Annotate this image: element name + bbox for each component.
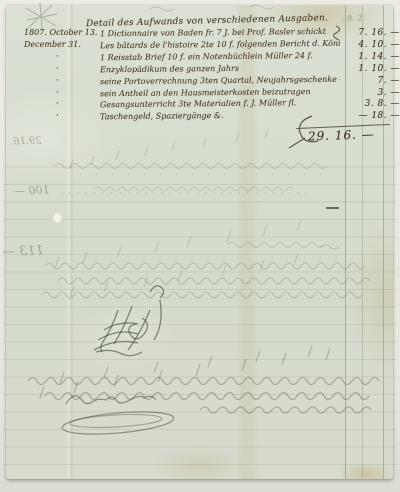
entry-ditto-mark: · — [24, 99, 100, 109]
entry-amount: 1. 14. — — [338, 52, 400, 62]
bleedthrough-number: 113 — — [2, 243, 44, 259]
entry-amount: 7. — — [338, 76, 400, 86]
entry-amount: 3. — — [338, 88, 400, 98]
bleedthrough-number: 29.16. — [10, 135, 42, 147]
entry-description: Taschengeld, Spaziergänge &. — [100, 110, 340, 122]
entry-description: 1 Reisstab Brief 10 f. ein Notenbüchlein… — [100, 51, 340, 63]
entry-ditto-mark: · — [24, 76, 100, 86]
entry-description: sein Antheil an den Hausmeisterkosten be… — [100, 87, 340, 99]
entry-amount: 1. 10. — — [338, 64, 400, 74]
entry-description: Gesangsunterricht 3te Materialien f. J. … — [100, 98, 340, 110]
entry-amount: 3. 8. — — [338, 99, 400, 109]
entry-ditto-mark: · — [24, 111, 100, 121]
entry-date: 1807. October 13. — [24, 28, 100, 37]
total-amount: 29. 16. — — [308, 127, 392, 144]
entry-date: December 31. — [24, 40, 100, 49]
entry-description: Les bâtards de l'histoire 2te 10 f. folg… — [100, 39, 340, 51]
paper-flaw-spot — [54, 214, 61, 222]
scanned-ledger-photo: { "document": { "title": "Detail des Auf… — [0, 0, 400, 492]
entry-description: 1 Dictionnaire von Baden fr. 7 J. bei Pr… — [100, 27, 340, 39]
entry-description: Enzyklopädikum des ganzen Jahrs — [100, 63, 340, 75]
bleedthrough-ruled-lines — [3, 150, 397, 472]
entry-amount: 7. 16. — — [338, 28, 400, 38]
ledger-entry-row: · Taschengeld, Spaziergänge &. — 18. — — [20, 111, 388, 123]
page-number-mark: . 8. 2. — [342, 13, 365, 23]
entry-description: seine Portoverrechnung 3ten Quartal, Neu… — [100, 75, 340, 87]
entry-ditto-mark: · — [24, 64, 100, 74]
entry-amount: — 18. — — [338, 111, 400, 121]
entry-amount: 4. 10. — — [338, 40, 400, 50]
entry-ditto-mark: · — [24, 52, 100, 62]
bleedthrough-number: 100 — — [14, 183, 50, 197]
entry-ditto-mark: · — [24, 88, 100, 98]
